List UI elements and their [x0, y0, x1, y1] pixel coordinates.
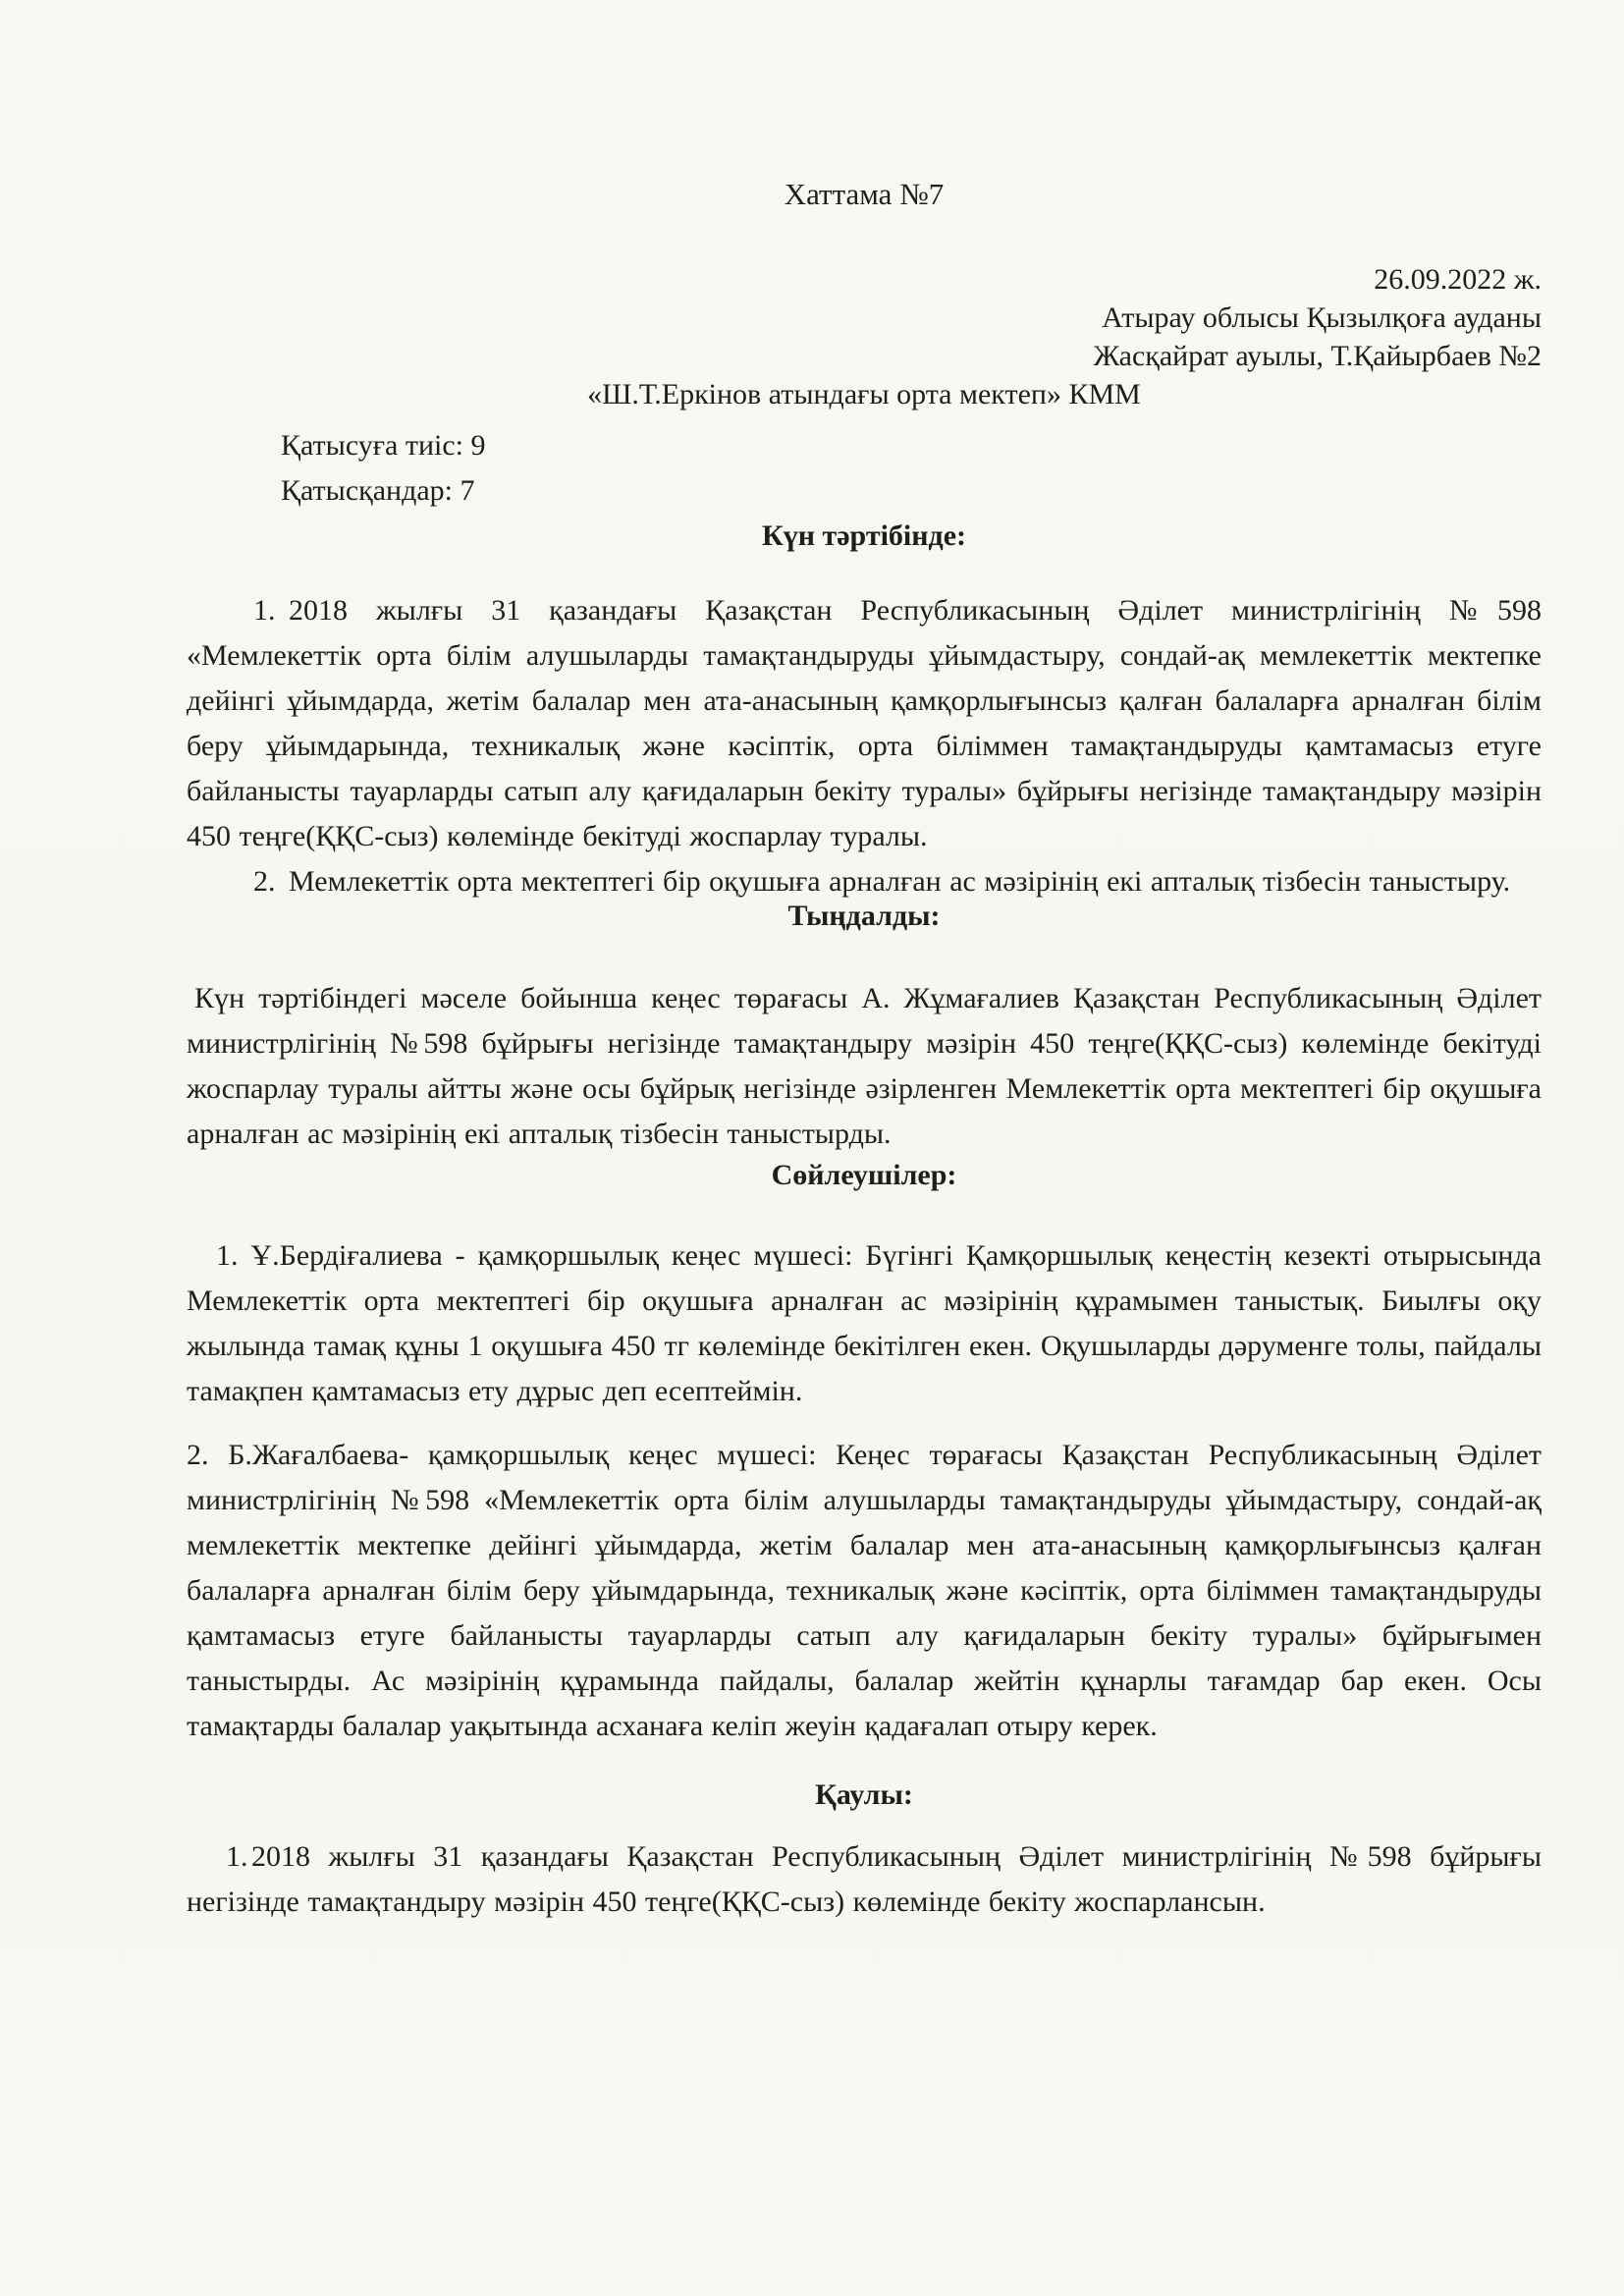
- header-school-line: «Ш.Т.Еркінов атындағы орта мектеп» КММ: [187, 375, 1542, 413]
- header-date: 26.09.2022 ж.: [187, 260, 1542, 299]
- speaker-entry: 1. Ұ.Бердіғалиева - қамқоршылық кеңес мү…: [187, 1233, 1542, 1414]
- document-page: Хаттама №7 26.09.2022 ж. Атырау облысы Қ…: [0, 0, 1624, 2296]
- attendance-block: Қатысуға тиіс: 9 Қатысқандар: 7: [281, 423, 1542, 514]
- attendance-present: Қатысқандар: 7: [281, 468, 1542, 514]
- speaker-entry: 2. Б.Жағалбаева- қамқоршылық кеңес мүшес…: [187, 1433, 1542, 1749]
- agenda-item-number: 1.: [220, 588, 289, 633]
- scanned-document: { "doc": { "title": "Хаттама №7", "heade…: [0, 0, 1624, 2296]
- decision-item: 1.2018 жылғы 31 қазандағы Қазақстан Респ…: [187, 1834, 1542, 1925]
- document-header: 26.09.2022 ж. Атырау облысы Қызылқоға ау…: [187, 260, 1542, 413]
- heard-paragraph: Күн тәртібіндегі мәселе бойынша кеңес тө…: [187, 976, 1542, 1157]
- document-title: Хаттама №7: [187, 172, 1542, 217]
- section-heading-decision: Қаулы:: [187, 1773, 1542, 1818]
- section-heading-agenda: Күн тәртібінде:: [187, 514, 1542, 559]
- attendance-required: Қатысуға тиіс: 9: [281, 423, 1542, 468]
- decision-item-number: 1.: [206, 1834, 251, 1880]
- decision-item-text: 2018 жылғы 31 қазандағы Қазақстан Респуб…: [187, 1840, 1542, 1918]
- header-region-line: Атырау облысы Қызылқоға ауданы: [187, 299, 1542, 337]
- section-heading-speakers: Сөйлеушілер:: [187, 1153, 1542, 1198]
- header-village-line: Жасқайрат ауылы, Т.Қайырбаев №2: [187, 337, 1542, 375]
- agenda-item-text: 2018 жылғы 31 қазандағы Қазақстан Респуб…: [187, 594, 1542, 852]
- agenda-item-number: 2.: [220, 859, 289, 904]
- agenda-item: 1.2018 жылғы 31 қазандағы Қазақстан Респ…: [187, 588, 1542, 859]
